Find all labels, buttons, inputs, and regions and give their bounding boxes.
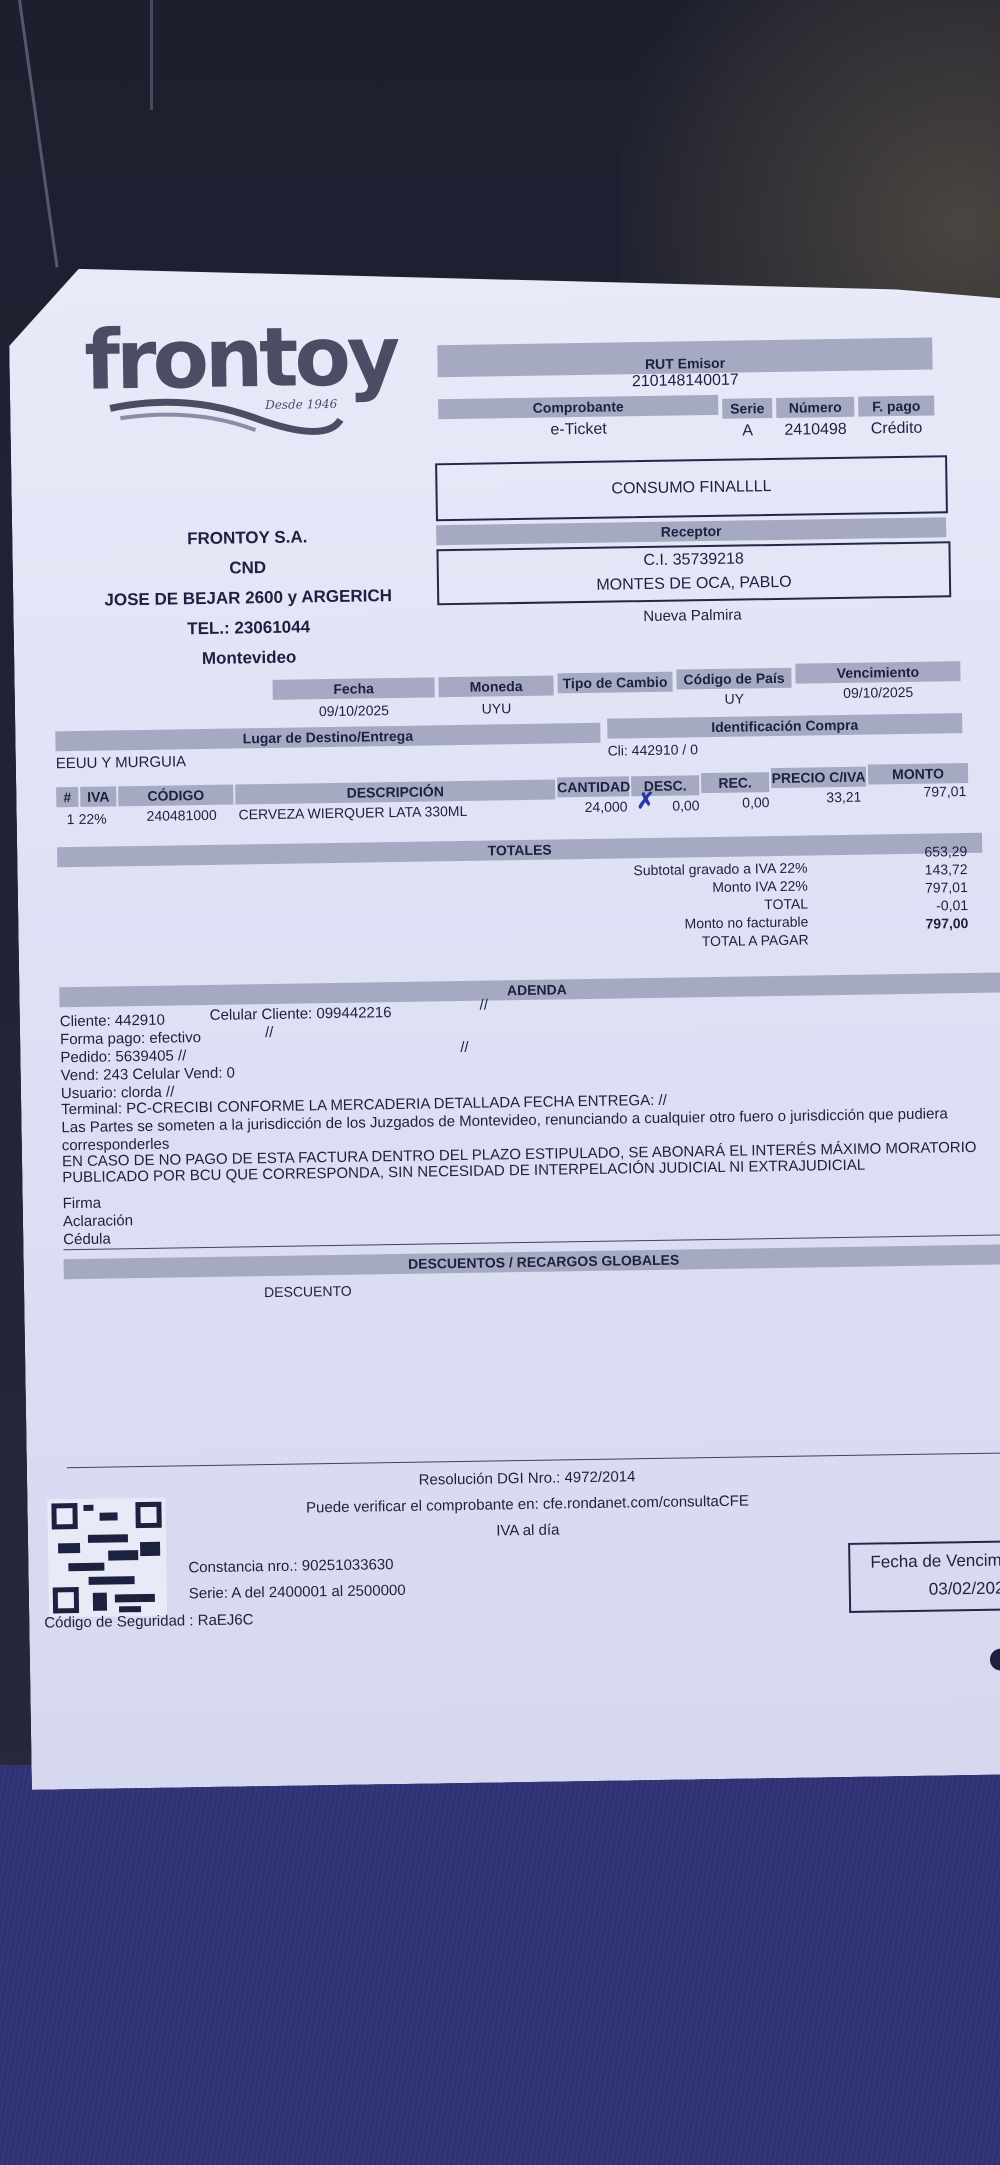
row-rec: 0,00	[701, 794, 769, 811]
adenda-slashes: //	[479, 997, 488, 1014]
total-pagar-value: 797,00	[858, 915, 968, 933]
comprobante-label: Comprobante	[438, 395, 718, 419]
cedula-label: Cédula	[63, 1231, 111, 1249]
emisor-company: FRONTOY S.A.	[87, 526, 407, 551]
adenda-slashes: //	[460, 1039, 469, 1056]
iva-al-dia: IVA al día	[428, 1520, 628, 1540]
vencimiento-label: Vencimiento	[795, 661, 960, 684]
fecha-value: 09/10/2025	[273, 701, 435, 720]
descuentos-label: DESCUENTOS / RECARGOS GLOBALES	[64, 1244, 1000, 1279]
qr-code-icon	[47, 1498, 167, 1618]
col-header-descripcion: DESCRIPCIÓN	[235, 779, 555, 804]
col-header-rec: REC.	[701, 772, 769, 793]
vencimiento-cae-value: 03/02/2027	[929, 1578, 1000, 1599]
provider-logo-icon	[990, 1648, 1000, 1670]
total-value: 797,01	[858, 879, 968, 897]
serie-label: Serie	[722, 398, 772, 419]
adenda-slashes: //	[265, 1024, 274, 1041]
background-fabric	[0, 1765, 1000, 2165]
row-iva: 22%	[79, 811, 107, 827]
brand-logo: frontoy	[84, 309, 397, 409]
totales-label: TOTALES	[57, 833, 982, 868]
row-num: 1	[67, 811, 75, 827]
receptor-label: Receptor	[436, 517, 946, 545]
adenda-cliente: Cliente: 442910	[60, 1012, 165, 1031]
numero-value: 2410498	[776, 421, 854, 440]
pais-label: Código de País	[676, 668, 791, 690]
ident-compra-value: Cli: 442910 / 0	[607, 741, 698, 758]
adenda-label: ADENDA	[59, 972, 1000, 1007]
aclaracion-label: Aclaración	[63, 1212, 133, 1230]
total-label: TOTAL	[518, 896, 808, 917]
no-facturable-value: -0,01	[858, 897, 968, 915]
emisor-branch: CND	[88, 556, 408, 581]
verificar-link[interactable]: Puede verificar el comprobante en: cfe.r…	[227, 1491, 827, 1517]
row-monto: 797,01	[868, 783, 966, 801]
background-seam	[18, 0, 59, 268]
serie-value: A	[722, 422, 772, 441]
row-codigo: 240481000	[146, 807, 216, 824]
codigo-seguridad: Código de Seguridad : RaEJ6C	[44, 1611, 254, 1631]
receipt-paper: frontoy Desde 1946 FRONTOY S.A. CND JOSE…	[8, 254, 1000, 1790]
adenda-forma-pago: Forma pago: efectivo	[60, 1029, 201, 1048]
receptor-box: C.I. 35739218 MONTES DE OCA, PABLO	[436, 541, 951, 605]
pais-value: UY	[677, 690, 792, 708]
fpago-label: F. pago	[858, 395, 934, 416]
col-header-iva: IVA	[80, 786, 116, 807]
receptor-ci: C.I. 35739218	[439, 547, 949, 573]
consumo-box: CONSUMO FINALLLL	[435, 455, 948, 521]
receptor-name: MONTES DE OCA, PABLO	[439, 571, 949, 597]
subtotal-label: Subtotal gravado a IVA 22%	[517, 860, 807, 881]
numero-label: Número	[776, 397, 854, 418]
fpago-value: Crédito	[858, 419, 934, 438]
firma-label: Firma	[63, 1195, 102, 1213]
total-pagar-label: TOTAL A PAGAR	[519, 932, 809, 953]
descuento-item: DESCUENTO	[264, 1283, 352, 1300]
serie-rango: Serie: A del 2400001 al 2500000	[189, 1582, 406, 1602]
background-seam	[150, 0, 153, 110]
col-header-codigo: CÓDIGO	[118, 785, 233, 807]
tipo-cambio-value	[558, 696, 673, 698]
no-facturable-label: Monto no facturable	[518, 914, 808, 935]
adenda-vendedor: Vend: 243 Celular Vend: 0	[61, 1065, 236, 1085]
col-header-num: #	[56, 787, 78, 807]
comprobante-value: e-Ticket	[438, 419, 718, 441]
col-header-monto: MONTO	[868, 763, 968, 785]
vencimiento-value: 09/10/2025	[796, 683, 961, 702]
brand-tagline: Desde 1946	[265, 397, 337, 412]
emisor-phone: TEL.: 23061044	[89, 616, 409, 641]
tipo-cambio-label: Tipo de Cambio	[557, 672, 672, 694]
vencimiento-cae-label: Fecha de Vencim	[870, 1551, 1000, 1573]
row-descripcion: CERVEZA WIERQUER LATA 330ML	[238, 803, 467, 823]
fecha-label: Fecha	[272, 677, 434, 700]
vencimiento-cae-box: Fecha de Vencim 03/02/2027	[848, 1540, 1000, 1613]
adenda-pedido: Pedido: 5639405 //	[60, 1047, 186, 1066]
col-header-cantidad: CANTIDAD	[557, 776, 629, 797]
monto-iva-value: 143,72	[857, 861, 967, 879]
monto-iva-label: Monto IVA 22%	[518, 878, 808, 899]
emisor-address: JOSE DE BEJAR 2600 y ARGERICH	[88, 586, 408, 611]
emisor-city: Montevideo	[89, 646, 409, 671]
row-precio: 33,21	[771, 789, 861, 806]
constancia-nro: Constancia nro.: 90251033630	[188, 1556, 393, 1576]
moneda-label: Moneda	[438, 675, 553, 697]
destino-value: EEUU Y MURGUIA	[56, 753, 187, 772]
destino-label: Lugar de Destino/Entrega	[55, 723, 600, 752]
adenda-celular-cliente: Celular Cliente: 099442216	[210, 1004, 392, 1024]
footer-divider	[67, 1452, 1000, 1468]
col-header-precio: PRECIO C/IVA	[771, 767, 866, 788]
moneda-value: UYU	[439, 699, 554, 717]
subtotal-value: 653,29	[857, 843, 967, 861]
resolucion-dgi: Resolución DGI Nro.: 4972/2014	[277, 1466, 777, 1491]
row-cantidad: 24,000	[557, 798, 627, 815]
receptor-city: Nueva Palmira	[437, 603, 947, 628]
ident-compra-label: Identificación Compra	[607, 713, 962, 739]
row-desc: 0,00	[631, 797, 699, 814]
